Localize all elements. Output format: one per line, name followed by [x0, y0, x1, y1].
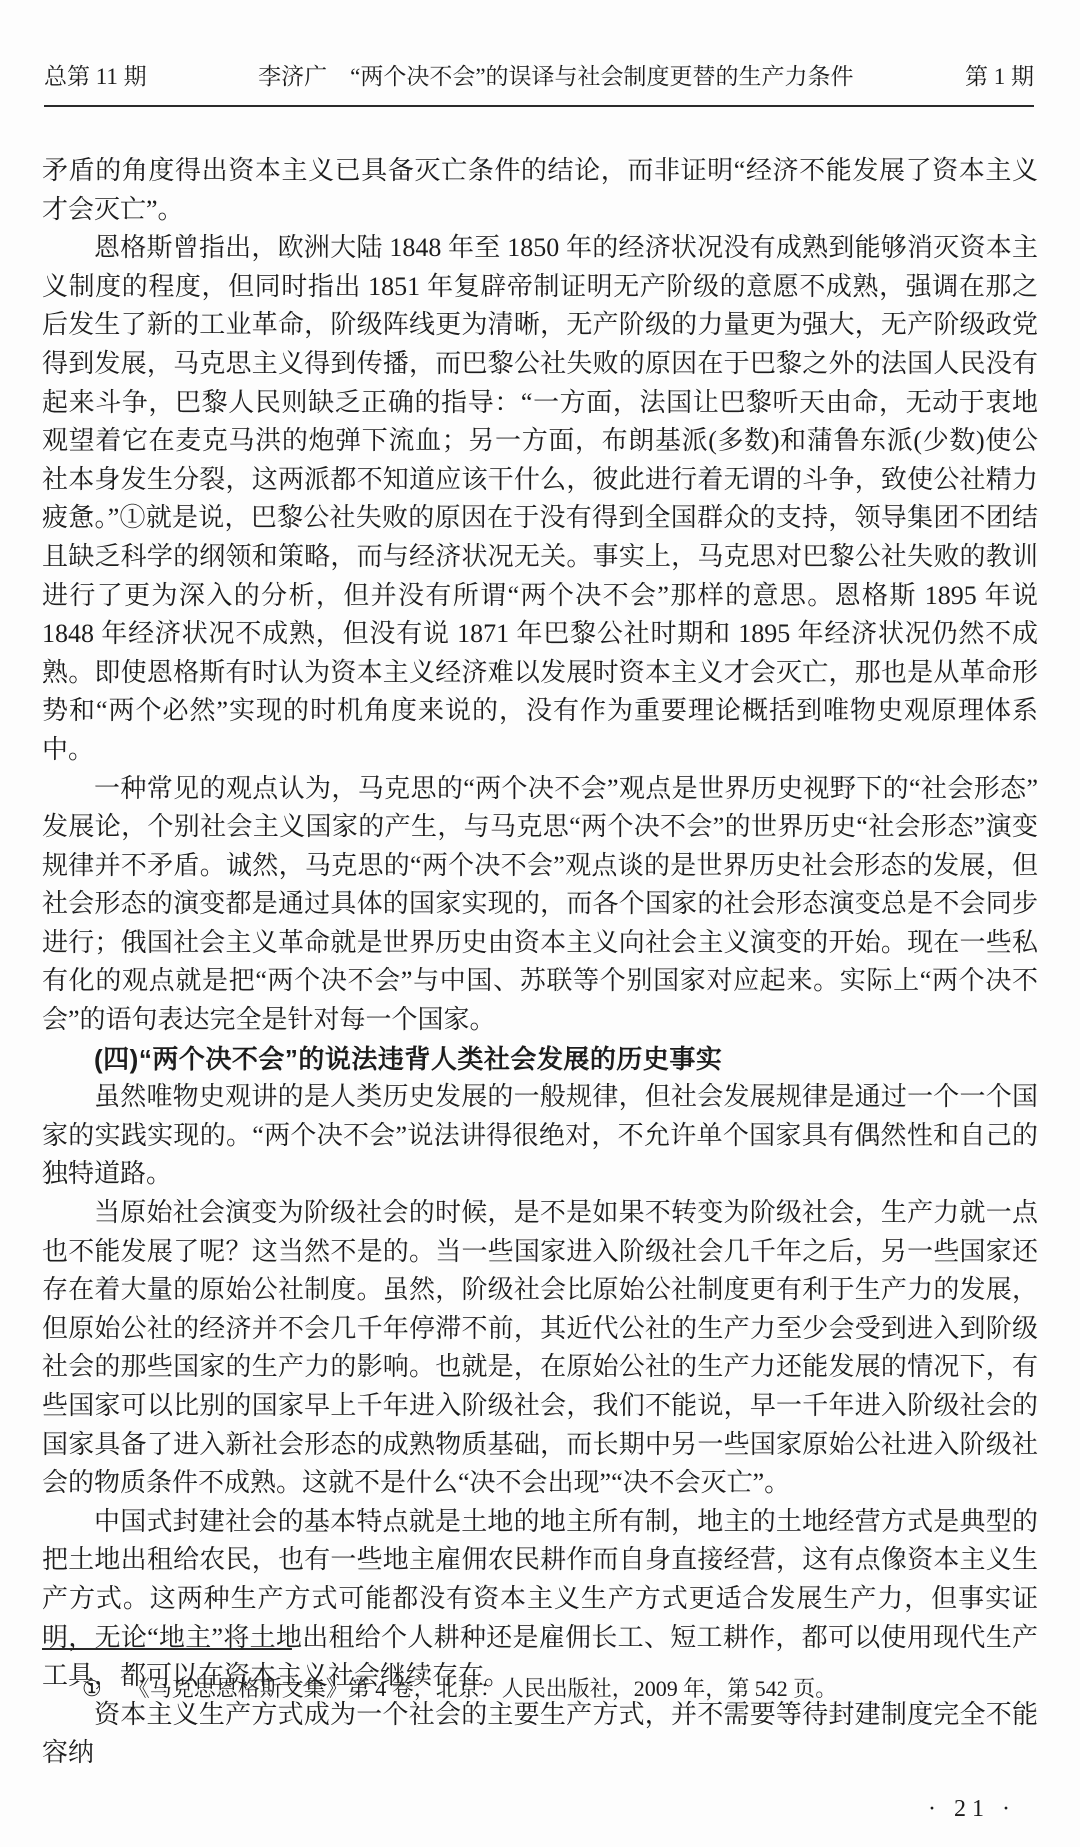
section-heading: (四)“两个决不会”的说法违背人类社会发展的历史事实: [42, 1040, 1038, 1079]
footnote: ①《马克思恩格斯文集》第 4 卷，北京：人民出版社，2009 年，第 542 页…: [42, 1674, 1038, 1704]
paragraph: 资本主义生产方式成为一个社会的主要生产方式，并不需要等待封建制度完全不能容纳: [42, 1696, 1038, 1773]
article-body: 矛盾的角度得出资本主义已具备灭亡条件的结论，而非证明“经济不能发展了资本主义才会…: [42, 152, 1038, 1773]
page-header: 总第 11 期 李济广 “两个决不会”的误译与社会制度更替的生产力条件 第 1 …: [44, 58, 1034, 107]
paragraph: 中国式封建社会的基本特点就是土地的地主所有制，地主的土地经营方式是典型的把土地出…: [42, 1503, 1038, 1696]
page-number: · 21 ·: [928, 1796, 1016, 1823]
paragraph: 矛盾的角度得出资本主义已具备灭亡条件的结论，而非证明“经济不能发展了资本主义才会…: [42, 152, 1038, 229]
paragraph: 一种常见的观点认为，马克思的“两个决不会”观点是世界历史视野下的“社会形态”发展…: [42, 770, 1038, 1040]
journal-page: 总第 11 期 李济广 “两个决不会”的误译与社会制度更替的生产力条件 第 1 …: [0, 0, 1080, 1847]
paragraph: 恩格斯曾指出，欧洲大陆 1848 年至 1850 年的经济状况没有成熟到能够消灭…: [42, 229, 1038, 769]
paragraph: 当原始社会演变为阶级社会的时候，是不是如果不转变为阶级社会，生产力就一点也不能发…: [42, 1194, 1038, 1503]
paragraph: 虽然唯物史观讲的是人类历史发展的一般规律，但社会发展规律是通过一个一个国家的实践…: [42, 1078, 1038, 1194]
footnote-marker: ①: [82, 1676, 102, 1701]
running-title: 李济广 “两个决不会”的误译与社会制度更替的生产力条件: [147, 58, 965, 91]
issue-number-label: 第 1 期: [965, 58, 1034, 91]
issue-total-label: 总第 11 期: [44, 58, 147, 91]
footnote-divider: [42, 1648, 292, 1650]
footnote-text: 《马克思恩格斯文集》第 4 卷，北京：人民出版社，2009 年，第 542 页。: [128, 1676, 838, 1701]
